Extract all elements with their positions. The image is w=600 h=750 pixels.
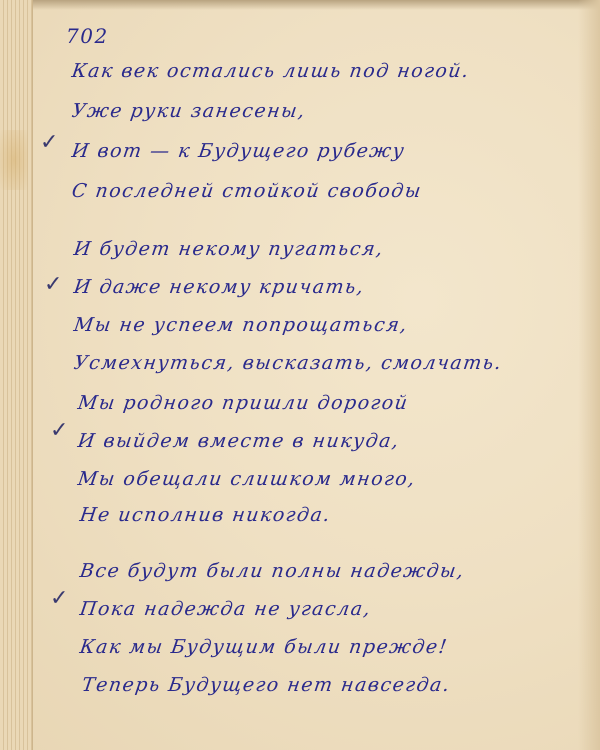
top-shadow <box>0 0 600 10</box>
poem-line: И выйдем вместе в никуда, <box>76 430 401 452</box>
margin-checkmark-icon: ✓ <box>50 418 68 443</box>
right-edge-shade <box>578 0 600 750</box>
margin-checkmark-icon: ✓ <box>40 130 58 155</box>
margin-checkmark-icon: ✓ <box>44 272 62 297</box>
stacked-page-edges <box>0 0 33 750</box>
poem-line: Как мы Будущим были прежде! <box>78 636 449 658</box>
poem-line: Мы не успеем попрощаться, <box>72 314 409 336</box>
poem-line: Пока надежда не угасла, <box>78 598 372 620</box>
poem-line: Мы обещали слишком много, <box>76 468 417 490</box>
poem-line: Не исполнив никогда. <box>78 504 332 526</box>
poem-line: С последней стойкой свободы <box>70 180 423 202</box>
poem-line: Как век остались лишь под ногой. <box>70 60 471 82</box>
poem-line: И вот — к Будущего рубежу <box>70 140 406 162</box>
poem-line: Усмехнуться, высказать, смолчать. <box>72 352 503 374</box>
manuscript-page: 702 ✓ ✓ ✓ ✓ Как век остались лишь под но… <box>0 0 600 750</box>
poem-line: И даже некому кричать, <box>72 276 366 298</box>
poem-line: Мы родного пришли дорогой <box>76 392 410 414</box>
poem-line: И будет некому пугаться, <box>72 238 385 260</box>
poem-line: Теперь Будущего нет навсегда. <box>80 674 452 696</box>
poem-line: Все будут были полны надежды, <box>78 560 466 582</box>
margin-checkmark-icon: ✓ <box>50 586 68 611</box>
poem-line: Уже руки занесены, <box>70 100 307 122</box>
page-number: 702 <box>66 24 109 48</box>
